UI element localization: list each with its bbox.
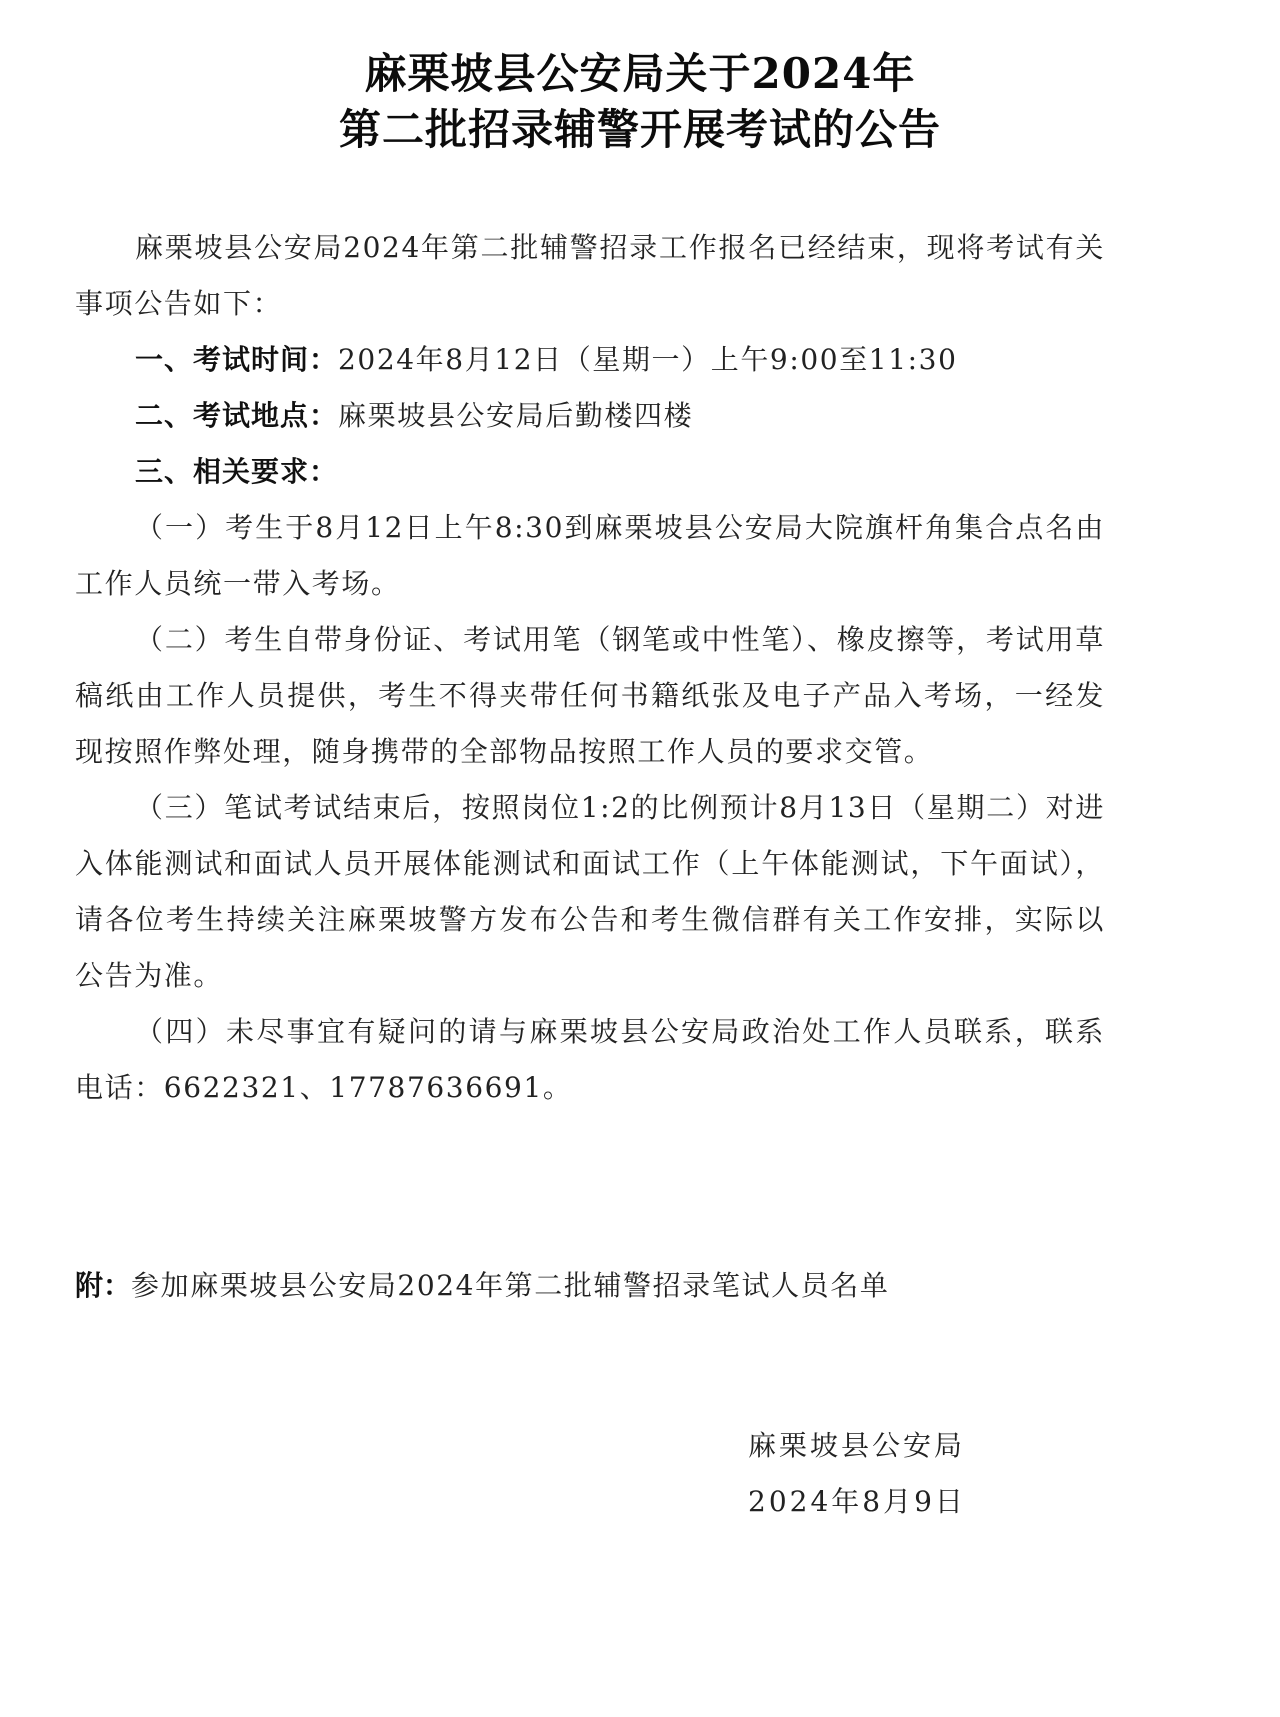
- issue-date: 2024年8月9日: [748, 1474, 966, 1530]
- attachment-label: 附：: [75, 1269, 131, 1302]
- intro-paragraph: 麻栗坡县公安局2024年第二批辅警招录工作报名已经结束，现将考试有关事项公告如下…: [75, 220, 1105, 332]
- document-title-line-1: 麻栗坡县公安局关于2024年: [0, 46, 1280, 102]
- signature-block: 麻栗坡县公安局 2024年8月9日: [748, 1418, 966, 1530]
- section-content: 麻栗坡县公安局后勤楼四楼: [338, 399, 693, 432]
- section-heading: 一、考试时间：: [135, 343, 338, 376]
- requirement-item-1: （一）考生于8月12日上午8:30到麻栗坡县公安局大院旗杆角集合点名由工作人员统…: [75, 500, 1105, 612]
- section-heading: 三、相关要求：: [135, 455, 338, 488]
- requirement-item-3: （三）笔试考试结束后，按照岗位1:2的比例预计8月13日（星期二）对进入体能测试…: [75, 780, 1105, 1004]
- document-title-line-2: 第二批招录辅警开展考试的公告: [0, 102, 1280, 158]
- section-heading: 二、考试地点：: [135, 399, 338, 432]
- requirement-item-4: （四）未尽事宜有疑问的请与麻栗坡县公安局政治处工作人员联系，联系电话：66223…: [75, 1004, 1105, 1116]
- section-exam-location: 二、考试地点：麻栗坡县公安局后勤楼四楼: [75, 388, 1105, 444]
- attachment-line: 附：参加麻栗坡县公安局2024年第二批辅警招录笔试人员名单: [75, 1258, 889, 1314]
- section-exam-time: 一、考试时间：2024年8月12日（星期一）上午9:00至11:30: [75, 332, 1105, 388]
- issuer-name: 麻栗坡县公安局: [748, 1418, 966, 1474]
- document-body: 麻栗坡县公安局2024年第二批辅警招录工作报名已经结束，现将考试有关事项公告如下…: [75, 220, 1105, 1116]
- section-content: 2024年8月12日（星期一）上午9:00至11:30: [338, 343, 957, 376]
- attachment-text: 参加麻栗坡县公安局2024年第二批辅警招录笔试人员名单: [131, 1269, 889, 1302]
- requirement-item-2: （二）考生自带身份证、考试用笔（钢笔或中性笔）、橡皮擦等，考试用草稿纸由工作人员…: [75, 612, 1105, 780]
- section-requirements: 三、相关要求：: [75, 444, 1105, 500]
- notice-document: 麻栗坡县公安局关于2024年 第二批招录辅警开展考试的公告 麻栗坡县公安局202…: [0, 0, 1280, 1717]
